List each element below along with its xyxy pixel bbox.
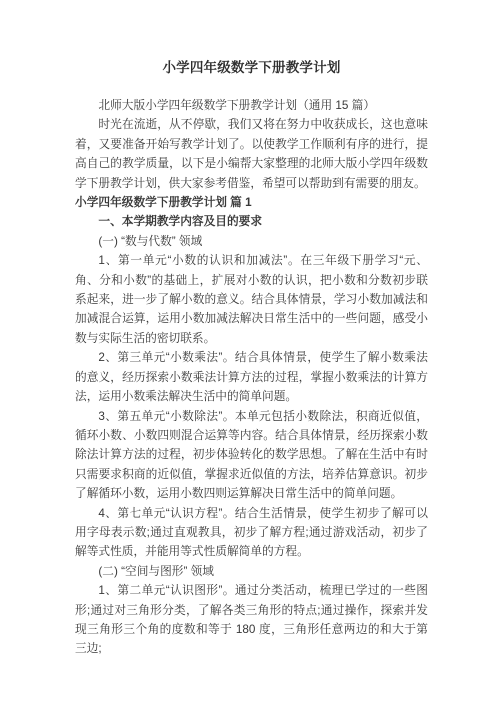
document-paragraph: (一) “数与代数” 领域 [75, 232, 428, 251]
document-subheading: 一、本学期教学内容及目的要求 [75, 212, 428, 231]
document-heading: 小学四年级数学下册教学计划 篇 1 [75, 193, 428, 212]
document-paragraph: 3、第五单元“小数除法”。本单元包括小数除法，积商近似值，循环小数、小数四则混合… [75, 407, 428, 504]
document-page: 小学四年级数学下册教学计划 北师大版小学四年级数学下册教学计划（通用 15 篇）… [0, 0, 500, 707]
document-paragraph: 2、第三单元“小数乘法”。结合具体情景，使学生了解小数乘法的意义，经历探索小数乘… [75, 348, 428, 406]
document-body: 北师大版小学四年级数学下册教学计划（通用 15 篇）时光在流逝，从不停歇，我们又… [75, 96, 428, 659]
document-paragraph: 4、第七单元“认识方程”。结合生活情景，使学生初步了解可以用字母表示数;通过直观… [75, 504, 428, 562]
document-paragraph: 1、第二单元“认识图形”。通过分类活动，梳理已学过的一些图形;通过对三角形分类，… [75, 581, 428, 659]
document-paragraph: 北师大版小学四年级数学下册教学计划（通用 15 篇） [75, 96, 428, 115]
document-paragraph: (二) “空间与图形” 领域 [75, 562, 428, 581]
document-title: 小学四年级数学下册教学计划 [75, 58, 428, 78]
document-paragraph: 时光在流逝，从不停歇，我们又将在努力中收获成长，这也意味着，又要准备开始写教学计… [75, 115, 428, 193]
document-paragraph: 1、第一单元“小数的认识和加减法”。在三年级下册学习“元、角、分和小数”的基础上… [75, 251, 428, 348]
